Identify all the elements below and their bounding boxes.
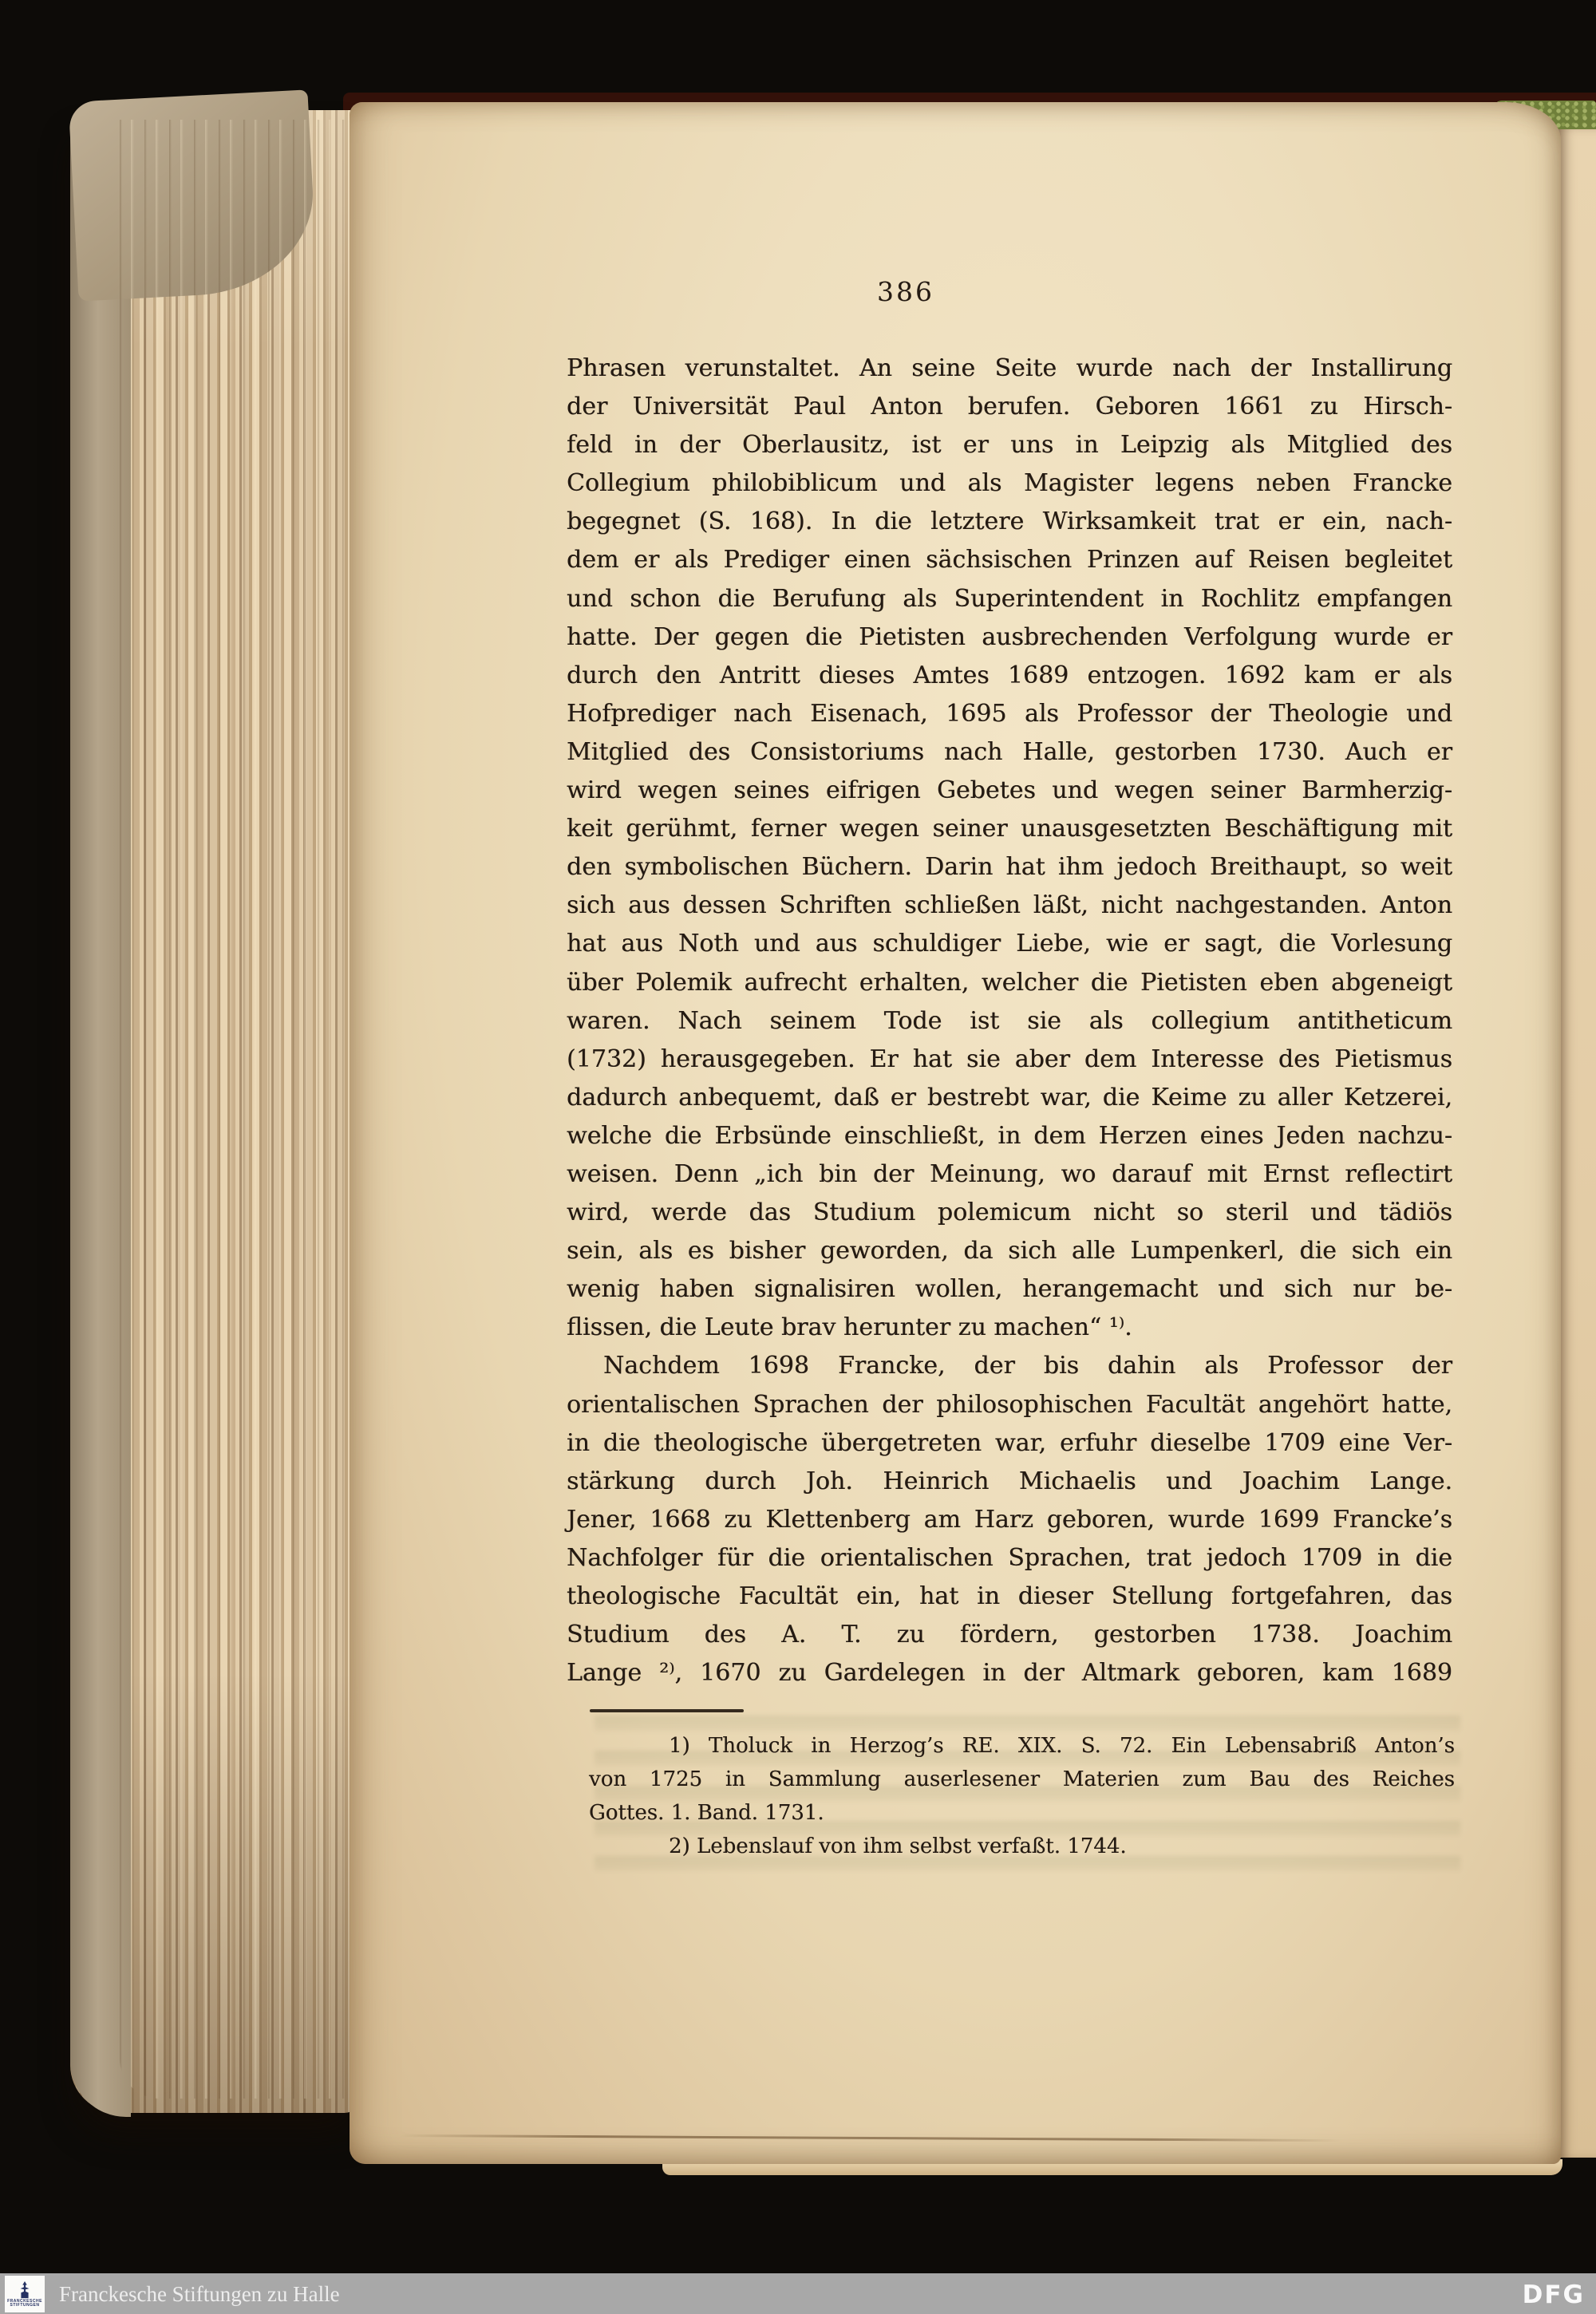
text-line: keit gerühmt, ferner wegen seiner unausg… bbox=[567, 810, 1452, 848]
text-line: Jener, 1668 zu Klettenberg am Harz gebor… bbox=[567, 1501, 1452, 1539]
text-line: Studium des A. T. zu fördern, gestorben … bbox=[567, 1616, 1452, 1654]
text-line: waren. Nach seinem Tode ist sie als coll… bbox=[567, 1002, 1452, 1041]
body-text: Phrasen verunstaltet. An seine Seite wur… bbox=[567, 349, 1452, 1692]
text-line: orientalischen Sprachen der philosophisc… bbox=[567, 1386, 1452, 1424]
paragraph: Phrasen verunstaltet. An seine Seite wur… bbox=[567, 349, 1452, 1347]
text-line: Mitglied des Consistoriums nach Halle, g… bbox=[567, 733, 1452, 772]
text-line: Phrasen verunstaltet. An seine Seite wur… bbox=[567, 349, 1452, 388]
text-line: dadurch anbequemt, daß er bestrebt war, … bbox=[567, 1079, 1452, 1117]
page-number: 386 bbox=[862, 276, 950, 307]
text-line: Nachdem 1698 Francke, der bis dahin als … bbox=[567, 1347, 1452, 1385]
text-line: wird, werde das Studium polemicum nicht … bbox=[567, 1194, 1452, 1232]
text-line: Gottes. 1. Band. 1731. bbox=[589, 1796, 1455, 1830]
text-line: feld in der Oberlausitz, ist er uns in L… bbox=[567, 426, 1452, 464]
text-line: welche die Erbsünde einschließt, in dem … bbox=[567, 1117, 1452, 1155]
text-line: flissen, die Leute brav herunter zu mach… bbox=[567, 1309, 1452, 1347]
text-line: hatte. Der gegen die Pietisten ausbreche… bbox=[567, 618, 1452, 657]
text-line: über Polemik aufrecht erhalten, welcher … bbox=[567, 964, 1452, 1002]
text-line: sich aus dessen Schriften schließen läßt… bbox=[567, 887, 1452, 925]
text-line: dem er als Prediger einen sächsischen Pr… bbox=[567, 541, 1452, 579]
text-line: Collegium philobiblicum und als Magister… bbox=[567, 464, 1452, 503]
franckesche-logo-icon bbox=[16, 2280, 34, 2300]
text-line: von 1725 in Sammlung auserlesener Materi… bbox=[589, 1763, 1455, 1796]
footnote: 2) Lebenslauf von ihm selbst verfaßt. 17… bbox=[589, 1830, 1455, 1863]
text-line: Nachfolger für die orientalischen Sprach… bbox=[567, 1539, 1452, 1578]
franckesche-logo-text-line2: STIFTUNGEN bbox=[10, 2304, 40, 2308]
text-line: durch den Antritt dieses Amtes 1689 entz… bbox=[567, 657, 1452, 695]
text-line: den symbolischen Büchern. Darin hat ihm … bbox=[567, 848, 1452, 887]
text-line: der Universität Paul Anton berufen. Gebo… bbox=[567, 388, 1452, 426]
footnote-rule bbox=[590, 1709, 744, 1712]
text-line: stärkung durch Joh. Heinrich Michaelis u… bbox=[567, 1463, 1452, 1501]
dfg-logo: DFG bbox=[1523, 2280, 1585, 2309]
text-line: hat aus Noth und aus schuldiger Liebe, w… bbox=[567, 925, 1452, 963]
paragraph: Nachdem 1698 Francke, der bis dahin als … bbox=[567, 1347, 1452, 1692]
text-line: 2) Lebenslauf von ihm selbst verfaßt. 17… bbox=[589, 1830, 1455, 1863]
text-line: sein, als es bisher geworden, da sich al… bbox=[567, 1232, 1452, 1270]
page-stack-texture bbox=[120, 120, 359, 2099]
text-line: und schon die Berufung als Superintenden… bbox=[567, 580, 1452, 618]
footnotes: 1) Tholuck in Herzog’s RE. XIX. S. 72. E… bbox=[589, 1729, 1455, 1863]
text-line: Lange ²⁾, 1670 zu Gardelegen in der Altm… bbox=[567, 1654, 1452, 1692]
footnote: 1) Tholuck in Herzog’s RE. XIX. S. 72. E… bbox=[589, 1729, 1455, 1830]
text-line: in die theologische übergetreten war, er… bbox=[567, 1424, 1452, 1463]
text-line: Hofprediger nach Eisenach, 1695 als Prof… bbox=[567, 695, 1452, 733]
text-line: begegnet (S. 168). In die letztere Wirks… bbox=[567, 503, 1452, 541]
text-line: (1732) herausgegeben. Er hat sie aber de… bbox=[567, 1041, 1452, 1079]
franckesche-logo: FRANCKESCHE STIFTUNGEN bbox=[5, 2276, 45, 2312]
text-line: weisen. Denn „ich bin der Meinung, wo da… bbox=[567, 1155, 1452, 1194]
text-line: theologische Facultät ein, hat in dieser… bbox=[567, 1578, 1452, 1616]
facing-page-edge bbox=[1558, 129, 1596, 2158]
book-scan: 386 Phrasen verunstaltet. An seine Seite… bbox=[0, 0, 1596, 2314]
institution-label: Franckesche Stiftungen zu Halle bbox=[59, 2282, 340, 2307]
text-line: 1) Tholuck in Herzog’s RE. XIX. S. 72. E… bbox=[589, 1729, 1455, 1763]
text-line: wird wegen seines eifrigen Gebetes und w… bbox=[567, 772, 1452, 810]
text-line: wenig haben signalisiren wollen, herange… bbox=[567, 1270, 1452, 1309]
